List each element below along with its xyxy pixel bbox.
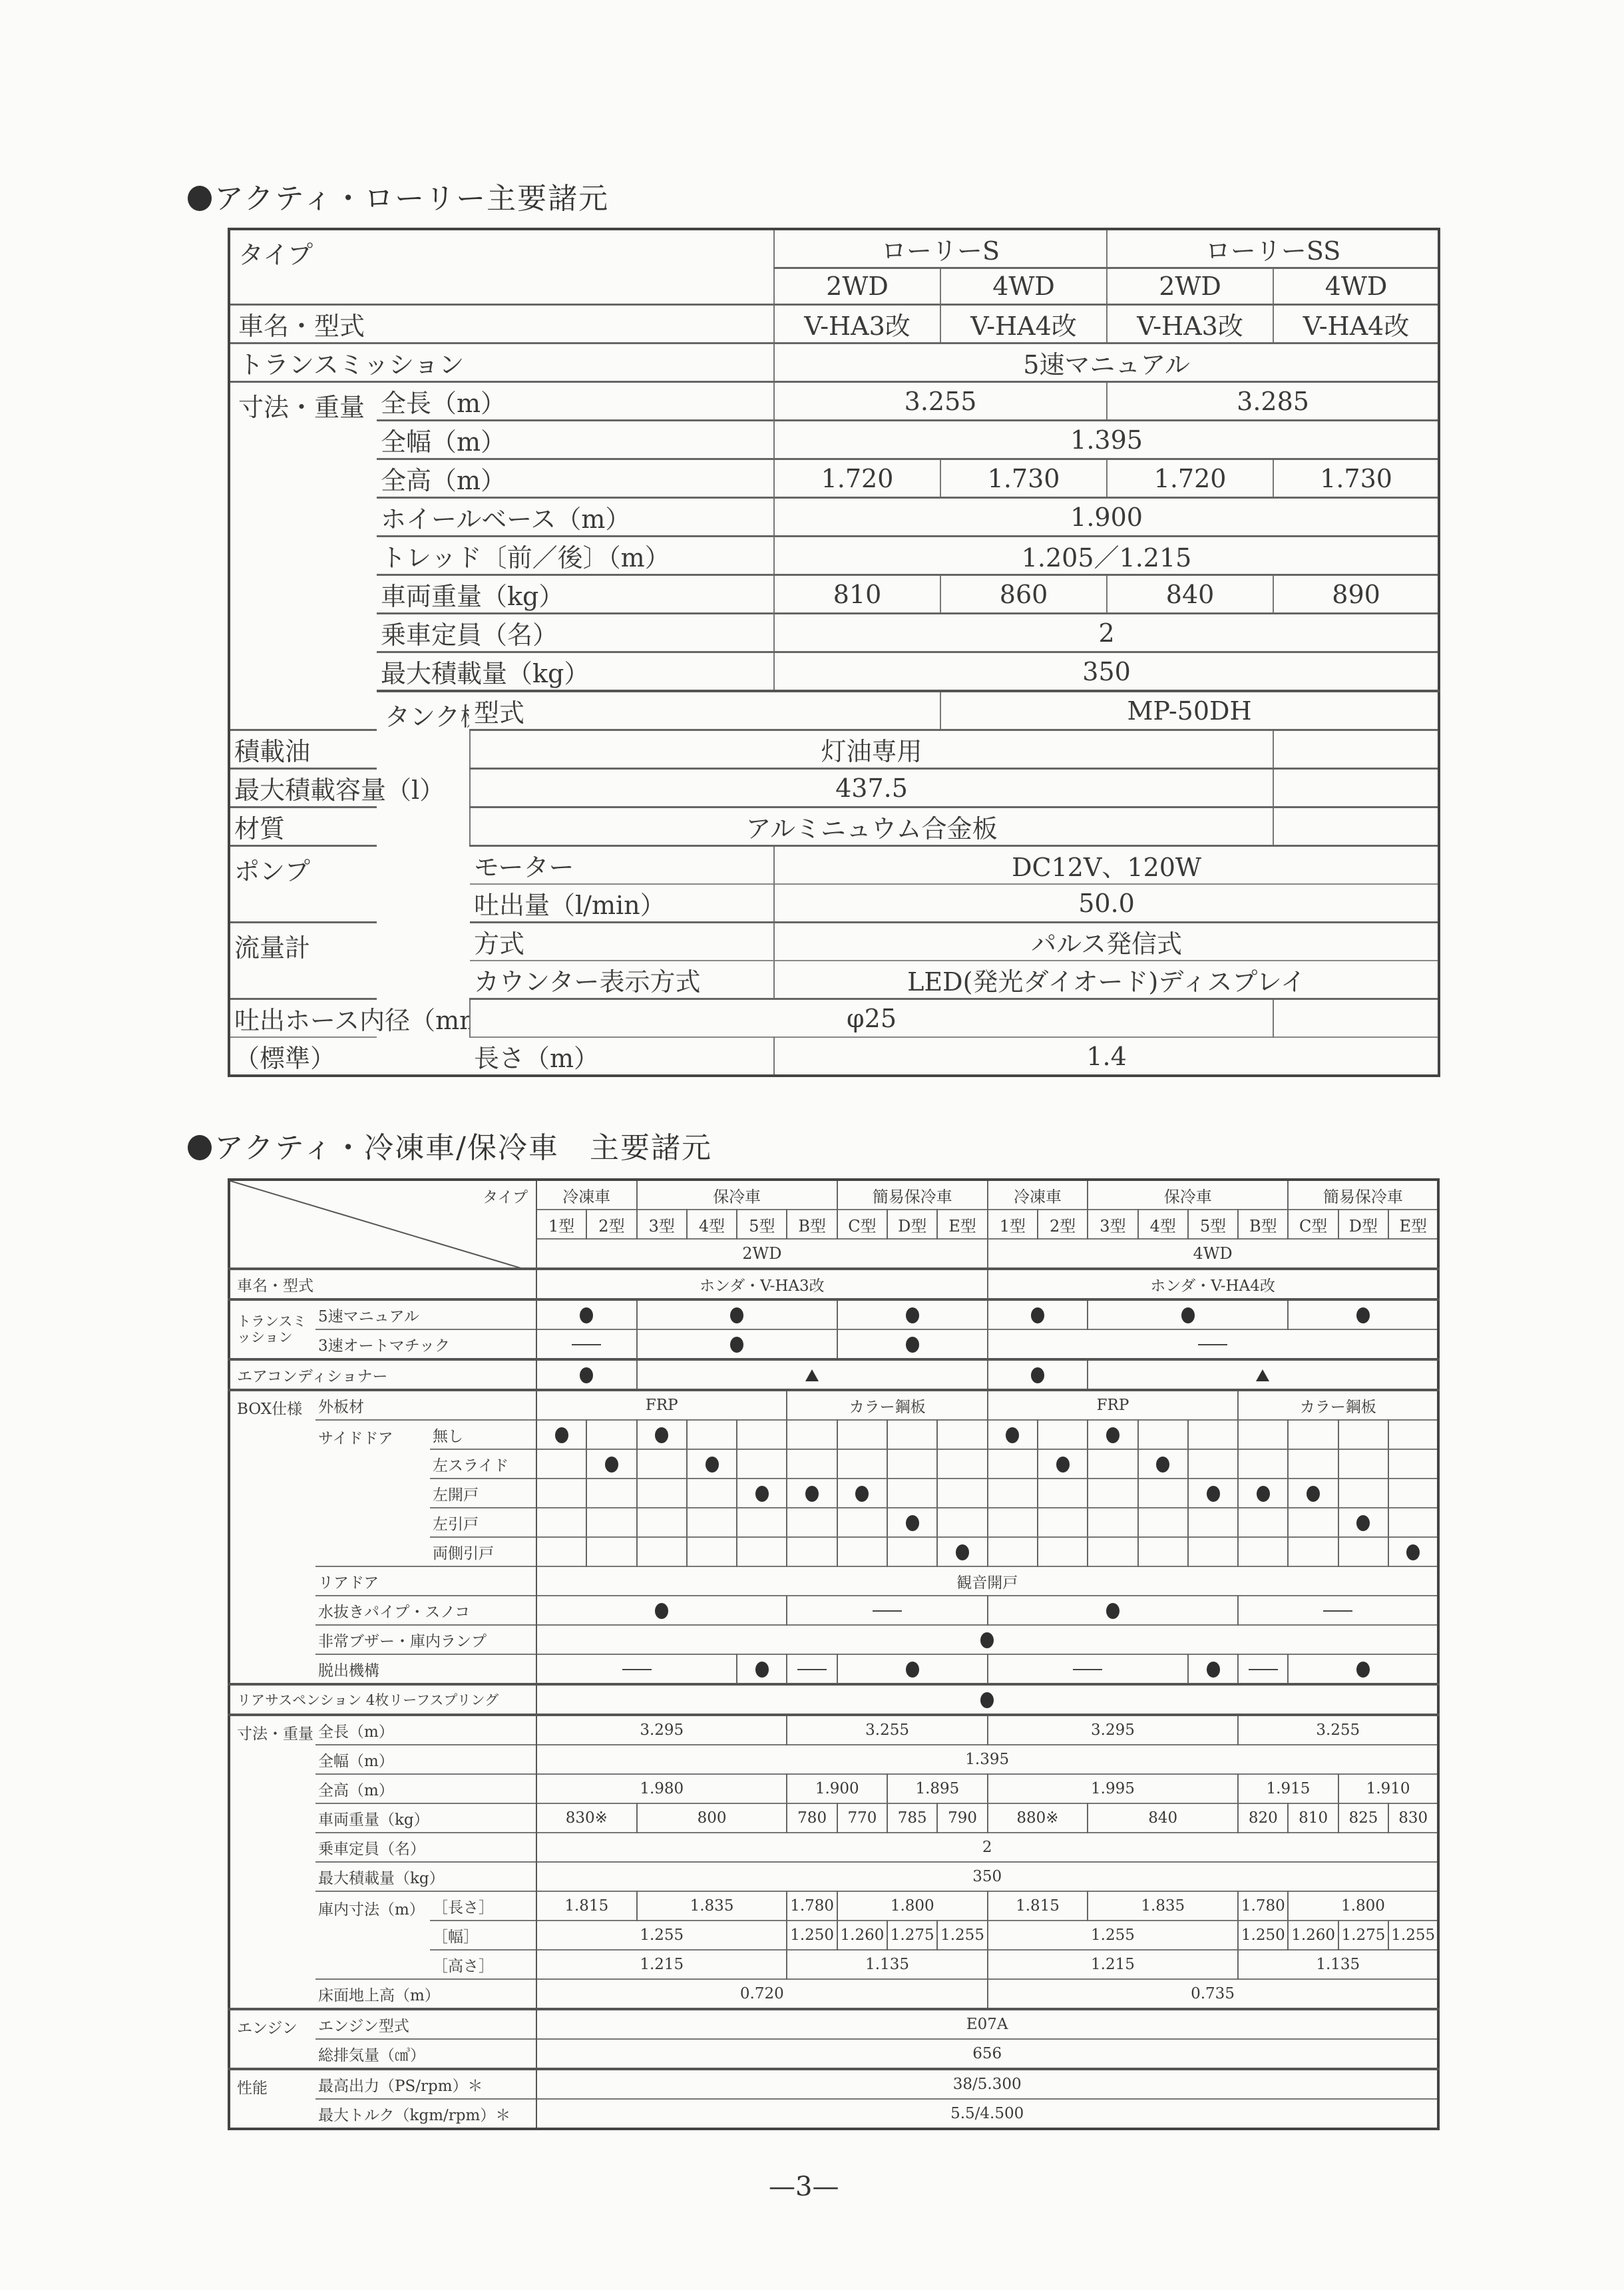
rolly-title-text: アクティ・ローリー主要諸元 bbox=[214, 182, 609, 216]
dash-icon bbox=[1249, 1669, 1278, 1670]
filled-dot-icon bbox=[1181, 1307, 1195, 1323]
tread-value: 1.205／1.215 bbox=[774, 537, 1439, 575]
table-row: 車名・型式 ホンダ・V-HA3改 ホンダ・V-HA4改 bbox=[229, 1269, 1438, 1299]
rolly-spec-table: タイプ ローリーS ローリーSS 2WD 4WD 2WD 4WD 車名・型式 V… bbox=[228, 228, 1440, 1077]
inner-width-cell: 1.260 bbox=[837, 1921, 887, 1950]
filled-dot-icon bbox=[906, 1662, 919, 1678]
outer-cell: FRP bbox=[988, 1390, 1238, 1420]
weight-cell: 840 bbox=[1107, 575, 1273, 614]
suspension-label: リアサスペンション 4枚リーフスプリング bbox=[229, 1684, 536, 1715]
model-cell: V-HA4改 bbox=[1273, 305, 1439, 343]
mark-cell bbox=[787, 1596, 987, 1625]
table-row: 全幅（m） 1.395 bbox=[229, 421, 1439, 459]
filled-dot-icon bbox=[1406, 1544, 1420, 1560]
weight-cell: 780 bbox=[787, 1803, 837, 1833]
length-cell: 3.295 bbox=[536, 1715, 787, 1745]
inner-width-cell: 1.275 bbox=[1338, 1921, 1388, 1950]
filled-dot-icon bbox=[755, 1486, 769, 1502]
category-header: 簡易保冷車 bbox=[837, 1180, 988, 1210]
mark-cell bbox=[536, 1329, 637, 1359]
tank-model-label: 型式 bbox=[470, 691, 940, 730]
height-cell: 1.730 bbox=[1273, 459, 1439, 498]
table-row: 車両重量（kg） 830※ 800 780 770 785 790 880※ 8… bbox=[229, 1803, 1438, 1833]
category-header: 保冷車 bbox=[637, 1180, 837, 1210]
weight-cell: 770 bbox=[837, 1803, 887, 1833]
table-row: タイプ ローリーS ローリーSS bbox=[229, 229, 1439, 268]
drain-label: 水抜きパイプ・スノコ bbox=[315, 1596, 536, 1625]
type-label: タイプ bbox=[483, 1185, 528, 1207]
filled-dot-icon bbox=[956, 1544, 969, 1560]
bullet-icon bbox=[188, 186, 212, 211]
drive-header: 2WD bbox=[536, 1239, 988, 1269]
filled-dot-icon bbox=[1031, 1307, 1044, 1323]
table-row: 脱出機構 bbox=[229, 1654, 1438, 1684]
group-rolly-s: ローリーS bbox=[774, 229, 1107, 268]
table-row: タイプ 冷凍車 保冷車 簡易保冷車 冷凍車 保冷車 簡易保冷車 bbox=[229, 1180, 1438, 1210]
type-header: 3型 bbox=[1088, 1210, 1137, 1239]
model-label: 車名・型式 bbox=[229, 1269, 536, 1299]
power-value: 38/5.300 bbox=[536, 2069, 1438, 2099]
trans-3at-label: 3速オートマチック bbox=[315, 1329, 536, 1359]
power-label: 最高出力（PS/rpm）＊ bbox=[315, 2069, 536, 2099]
maxload-value: 350 bbox=[774, 652, 1439, 692]
volume-value: 437.5 bbox=[470, 769, 1273, 807]
material-value: アルミニュウム合金板 bbox=[470, 807, 1273, 846]
filled-dot-icon bbox=[980, 1692, 994, 1708]
inner-width-cell: 1.250 bbox=[787, 1921, 837, 1950]
table-row: トレッド〔前／後〕（m） 1.205／1.215 bbox=[229, 537, 1439, 575]
weight-cell: 790 bbox=[937, 1803, 987, 1833]
capacity-label: 乗車定員（名） bbox=[377, 614, 774, 652]
filled-dot-icon bbox=[655, 1427, 668, 1443]
model-cell: V-HA3改 bbox=[1107, 305, 1273, 343]
height-cell: 1.915 bbox=[1238, 1774, 1338, 1803]
maxload-value: 350 bbox=[536, 1862, 1438, 1891]
drive-cell: 4WD bbox=[1273, 268, 1439, 305]
filled-dot-icon bbox=[655, 1603, 668, 1619]
box-group-label: BOX仕様 bbox=[229, 1390, 315, 1684]
type-header: 2型 bbox=[1038, 1210, 1088, 1239]
dimension-group-label: 寸法・重量 bbox=[229, 1715, 315, 2009]
table-row: 性能 最高出力（PS/rpm）＊ 38/5.300 bbox=[229, 2069, 1438, 2099]
inner-width-cell: 1.275 bbox=[887, 1921, 937, 1950]
oil-label: 積載油 bbox=[229, 730, 470, 769]
type-header: D型 bbox=[887, 1210, 937, 1239]
filled-dot-icon bbox=[1006, 1427, 1019, 1443]
inner-length-cell: 1.815 bbox=[536, 1891, 637, 1921]
type-header: E型 bbox=[937, 1210, 987, 1239]
type-header: 4型 bbox=[687, 1210, 737, 1239]
inner-length-cell: 1.780 bbox=[787, 1891, 837, 1921]
height-cell: 1.900 bbox=[787, 1774, 887, 1803]
inner-length-cell: 1.835 bbox=[637, 1891, 787, 1921]
filled-dot-icon bbox=[730, 1337, 743, 1353]
table-row: 最大トルク（kgm/rpm）＊ 5.5/4.500 bbox=[229, 2099, 1438, 2129]
type-header: C型 bbox=[837, 1210, 887, 1239]
table-row: 水抜きパイプ・スノコ bbox=[229, 1596, 1438, 1625]
performance-group-label: 性能 bbox=[229, 2069, 315, 2129]
table-row: タンク機構 型式 MP-50DH bbox=[229, 691, 1439, 730]
pump-label: ポンプ bbox=[229, 846, 377, 923]
model-label: 車名・型式 bbox=[229, 305, 774, 343]
mark-cell bbox=[837, 1329, 988, 1359]
height-label: 全高（m） bbox=[377, 459, 774, 498]
weight-cell: 825 bbox=[1338, 1803, 1388, 1833]
transmission-group-label: トランスミッション bbox=[229, 1299, 315, 1359]
table-row: 寸法・重量 全長（m） 3.295 3.255 3.295 3.255 bbox=[229, 1715, 1438, 1745]
hose-std-label: （標準） bbox=[229, 1037, 377, 1076]
hose-length-label: 長さ（m） bbox=[470, 1037, 774, 1076]
category-header: 簡易保冷車 bbox=[1288, 1180, 1438, 1210]
filled-dot-icon bbox=[1356, 1662, 1370, 1678]
filled-dot-icon bbox=[580, 1367, 593, 1383]
sidedoor-label: サイドドア bbox=[315, 1420, 430, 1566]
counter-value: LED(発光ダイオード)ディスプレイ bbox=[774, 961, 1439, 999]
mark-cell bbox=[837, 1299, 988, 1329]
hose-label: 吐出ホース内径（mm） bbox=[229, 999, 470, 1038]
tread-label: トレッド〔前／後〕（m） bbox=[377, 537, 774, 575]
type-header: 1型 bbox=[536, 1210, 586, 1239]
engine-model-value: E07A bbox=[536, 2009, 1438, 2039]
filled-dot-icon bbox=[1207, 1486, 1220, 1502]
motor-value: DC12V、120W bbox=[774, 846, 1439, 885]
counter-label: カウンター表示方式 bbox=[470, 961, 774, 999]
dash-icon bbox=[1073, 1669, 1102, 1670]
group-rolly-ss: ローリーSS bbox=[1107, 229, 1439, 268]
outer-cell: FRP bbox=[536, 1390, 787, 1420]
filled-dot-icon bbox=[1031, 1367, 1044, 1383]
table-row: 最大積載容量（l） 437.5 bbox=[229, 769, 1439, 807]
inner-height-cell: 1.135 bbox=[1238, 1950, 1438, 1979]
table-row: 最大積載量（kg） 350 bbox=[229, 1862, 1438, 1891]
model-cell: V-HA3改 bbox=[774, 305, 940, 343]
inner-length-cell: 1.800 bbox=[1288, 1891, 1438, 1921]
table-row: サイドドア 無し bbox=[229, 1420, 1438, 1449]
table-row: リアドア 観音開戸 bbox=[229, 1566, 1438, 1596]
mark-cell bbox=[988, 1654, 1188, 1684]
maxload-label: 最大積載量（kg） bbox=[377, 652, 774, 692]
filled-dot-icon bbox=[805, 1486, 819, 1502]
inner-length-cell: 1.835 bbox=[1088, 1891, 1238, 1921]
mark-cell bbox=[536, 1625, 1438, 1654]
capacity-value: 2 bbox=[774, 614, 1439, 652]
mark-cell bbox=[1238, 1654, 1288, 1684]
filled-dot-icon bbox=[906, 1307, 919, 1323]
dash-icon bbox=[873, 1610, 902, 1612]
model-cell: V-HA4改 bbox=[940, 305, 1107, 343]
mark-cell bbox=[1288, 1654, 1438, 1684]
drive-cell: 2WD bbox=[1107, 268, 1273, 305]
weight-cell: 890 bbox=[1273, 575, 1439, 614]
aircon-label: エアコンディショナー bbox=[229, 1359, 536, 1390]
type-header: 5型 bbox=[1188, 1210, 1238, 1239]
weight-cell: 860 bbox=[940, 575, 1107, 614]
escape-label: 脱出機構 bbox=[315, 1654, 536, 1684]
mark-cell bbox=[1238, 1596, 1438, 1625]
filled-dot-icon bbox=[730, 1307, 743, 1323]
dash-icon bbox=[1198, 1344, 1227, 1345]
mark-cell bbox=[536, 1359, 637, 1390]
bullet-icon bbox=[188, 1135, 212, 1160]
filled-dot-icon bbox=[1106, 1427, 1119, 1443]
length-cell: 3.285 bbox=[1107, 382, 1439, 421]
table-row: 積載油 灯油専用 bbox=[229, 730, 1439, 769]
table-row: トランスミッション 5速マニュアル bbox=[229, 343, 1439, 382]
floor-height-cell: 0.735 bbox=[988, 1979, 1439, 2009]
width-value: 1.395 bbox=[774, 421, 1439, 459]
hose-length-value: 1.4 bbox=[774, 1037, 1439, 1076]
transmission-label: トランスミッション bbox=[229, 343, 774, 382]
type-header: 2型 bbox=[586, 1210, 636, 1239]
type-header: 4型 bbox=[1138, 1210, 1188, 1239]
table-row: 乗車定員（名） 2 bbox=[229, 1833, 1438, 1862]
meter-label: 流量計 bbox=[229, 923, 377, 999]
reefer-title-text: アクティ・冷凍車/保冷車 主要諸元 bbox=[214, 1131, 712, 1165]
sidedoor-option-label: 無し bbox=[430, 1420, 536, 1449]
table-row: 総排気量（㎤） 656 bbox=[229, 2039, 1438, 2069]
displacement-value: 656 bbox=[536, 2039, 1438, 2069]
drive-header: 4WD bbox=[988, 1239, 1439, 1269]
mark-cell bbox=[637, 1329, 837, 1359]
dimension-group-label: 寸法・重量 bbox=[229, 382, 377, 730]
mark-cell bbox=[1088, 1359, 1438, 1390]
floor-height-label: 床面地上高（m） bbox=[315, 1979, 536, 2009]
type-header: E型 bbox=[1388, 1210, 1438, 1239]
filled-dot-icon bbox=[1257, 1486, 1270, 1502]
filled-dot-icon bbox=[1356, 1307, 1370, 1323]
table-row: 乗車定員（名） 2 bbox=[229, 614, 1439, 652]
mark-cell bbox=[536, 1654, 737, 1684]
volume-label: 最大積載容量（l） bbox=[229, 769, 470, 807]
dash-icon bbox=[797, 1669, 827, 1670]
inner-length-cell: 1.800 bbox=[837, 1891, 988, 1921]
weight-cell: 830 bbox=[1388, 1803, 1438, 1833]
sidedoor-option-label: 左引戸 bbox=[430, 1508, 536, 1537]
motor-label: モーター bbox=[470, 846, 774, 885]
filled-dot-icon bbox=[1207, 1662, 1220, 1678]
table-row: 寸法・重量 全長（m） 3.255 3.285 bbox=[229, 382, 1439, 421]
outer-label: 外板材 bbox=[315, 1390, 536, 1420]
type-header: 5型 bbox=[737, 1210, 787, 1239]
table-row: 最大積載量（kg） 350 bbox=[229, 652, 1439, 692]
triangle-icon bbox=[805, 1369, 819, 1381]
weight-cell: 810 bbox=[774, 575, 940, 614]
category-header: 冷凍車 bbox=[988, 1180, 1088, 1210]
inner-length-cell: 1.780 bbox=[1238, 1891, 1288, 1921]
height-cell: 1.910 bbox=[1338, 1774, 1439, 1803]
dash-icon bbox=[1323, 1610, 1352, 1612]
filled-dot-icon bbox=[855, 1486, 869, 1502]
dash-icon bbox=[622, 1669, 652, 1670]
mark-cell bbox=[787, 1654, 837, 1684]
filled-dot-icon bbox=[1106, 1603, 1119, 1619]
floor-height-cell: 0.720 bbox=[536, 1979, 988, 2009]
table-row: 全高（m） 1.980 1.900 1.895 1.995 1.915 1.91… bbox=[229, 1774, 1438, 1803]
category-header: 保冷車 bbox=[1088, 1180, 1288, 1210]
mark-cell bbox=[988, 1299, 1088, 1329]
filled-dot-icon bbox=[580, 1307, 593, 1323]
table-row: 庫内寸法（m） ［長さ］ 1.815 1.835 1.780 1.800 1.8… bbox=[229, 1891, 1438, 1921]
inner-length-cell: 1.815 bbox=[988, 1891, 1088, 1921]
dash-icon bbox=[572, 1344, 601, 1345]
length-cell: 3.255 bbox=[787, 1715, 987, 1745]
filled-dot-icon bbox=[706, 1457, 719, 1473]
method-label: 方式 bbox=[470, 923, 774, 961]
table-row: エアコンディショナー bbox=[229, 1359, 1438, 1390]
category-header: 冷凍車 bbox=[536, 1180, 637, 1210]
type-header: C型 bbox=[1288, 1210, 1338, 1239]
table-row: 吐出ホース内径（mm） φ25 bbox=[229, 999, 1439, 1038]
type-header: 1型 bbox=[988, 1210, 1038, 1239]
height-cell: 1.895 bbox=[887, 1774, 988, 1803]
mark-cell bbox=[536, 1299, 637, 1329]
inner-width-cell: 1.255 bbox=[988, 1921, 1238, 1950]
weight-cell: 785 bbox=[887, 1803, 937, 1833]
mark-cell bbox=[637, 1299, 837, 1329]
width-value: 1.395 bbox=[536, 1745, 1438, 1774]
weight-cell: 830※ bbox=[536, 1803, 637, 1833]
mark-cell bbox=[1288, 1299, 1438, 1329]
weight-cell: 820 bbox=[1238, 1803, 1288, 1833]
wheelbase-value: 1.900 bbox=[774, 498, 1439, 537]
type-header: B型 bbox=[787, 1210, 837, 1239]
displacement-label: 総排気量（㎤） bbox=[315, 2039, 536, 2069]
capacity-label: 乗車定員（名） bbox=[315, 1833, 536, 1862]
length-cell: 3.255 bbox=[1238, 1715, 1438, 1745]
type-header: D型 bbox=[1338, 1210, 1388, 1239]
filled-dot-icon bbox=[906, 1515, 919, 1531]
table-row: 材質 アルミニュウム合金板 bbox=[229, 807, 1439, 846]
table-row: BOX仕様 外板材 FRP カラー鋼板 FRP カラー鋼板 bbox=[229, 1390, 1438, 1420]
weight-cell: 810 bbox=[1288, 1803, 1338, 1833]
mark-cell bbox=[1188, 1654, 1238, 1684]
height-cell: 1.720 bbox=[774, 459, 940, 498]
inner-width-cell: 1.255 bbox=[536, 1921, 787, 1950]
type-label: タイプ bbox=[229, 229, 774, 305]
outer-cell: カラー鋼板 bbox=[787, 1390, 987, 1420]
drive-cell: 4WD bbox=[940, 268, 1107, 305]
mark-cell bbox=[837, 1654, 988, 1684]
table-row: 3速オートマチック bbox=[229, 1329, 1438, 1359]
table-row: エンジン エンジン型式 E07A bbox=[229, 2009, 1438, 2039]
inner-width-cell: 1.260 bbox=[1288, 1921, 1338, 1950]
length-label: 全長（m） bbox=[315, 1715, 536, 1745]
inner-dim-label: 庫内寸法（m） bbox=[315, 1891, 430, 1979]
inner-width-cell: 1.250 bbox=[1238, 1921, 1288, 1950]
height-cell: 1.995 bbox=[988, 1774, 1238, 1803]
drive-cell: 2WD bbox=[774, 268, 940, 305]
rolly-spec-title: アクティ・ローリー主要諸元 bbox=[188, 174, 609, 217]
length-label: 全長（m） bbox=[377, 382, 774, 421]
method-value: パルス発信式 bbox=[774, 923, 1439, 961]
height-cell: 1.980 bbox=[536, 1774, 787, 1803]
wheelbase-label: ホイールベース（m） bbox=[377, 498, 774, 537]
maxload-label: 最大積載量（kg） bbox=[315, 1862, 536, 1891]
inner-width-cell: 1.255 bbox=[937, 1921, 987, 1950]
weight-label: 車両重量（kg） bbox=[377, 575, 774, 614]
sidedoor-option-label: 左開戸 bbox=[430, 1479, 536, 1508]
filled-dot-icon bbox=[1156, 1457, 1169, 1473]
width-label: 全幅（m） bbox=[377, 421, 774, 459]
material-label: 材質 bbox=[229, 807, 470, 846]
torque-value: 5.5/4.500 bbox=[536, 2099, 1438, 2129]
capacity-value: 2 bbox=[536, 1833, 1438, 1862]
filled-dot-icon bbox=[755, 1662, 769, 1678]
inner-height-cell: 1.135 bbox=[787, 1950, 987, 1979]
reefer-spec-title: アクティ・冷凍車/保冷車 主要諸元 bbox=[188, 1124, 712, 1166]
width-label: 全幅（m） bbox=[315, 1745, 536, 1774]
inner-length-label: ［長さ］ bbox=[430, 1891, 536, 1921]
transmission-value: 5速マニュアル bbox=[774, 343, 1439, 382]
page-number: —3— bbox=[769, 2172, 839, 2202]
weight-label: 車両重量（kg） bbox=[315, 1803, 536, 1833]
table-row: 全幅（m） 1.395 bbox=[229, 1745, 1438, 1774]
length-cell: 3.255 bbox=[774, 382, 1107, 421]
model-cell: ホンダ・V-HA3改 bbox=[536, 1269, 988, 1299]
table-row: 全高（m） 1.720 1.730 1.720 1.730 bbox=[229, 459, 1439, 498]
reardoor-value: 観音開戸 bbox=[536, 1566, 1438, 1596]
table-row: 床面地上高（m） 0.720 0.735 bbox=[229, 1979, 1438, 2009]
reefer-spec-table: タイプ 冷凍車 保冷車 簡易保冷車 冷凍車 保冷車 簡易保冷車 1型 2型 3型… bbox=[228, 1178, 1440, 2130]
inner-height-cell: 1.215 bbox=[536, 1950, 787, 1979]
reardoor-label: リアドア bbox=[315, 1566, 536, 1596]
type-corner-cell: タイプ bbox=[229, 1180, 536, 1269]
sidedoor-option-label: 両側引戸 bbox=[430, 1537, 536, 1566]
mark-cell bbox=[637, 1359, 988, 1390]
filled-dot-icon bbox=[1356, 1515, 1370, 1531]
inner-height-label: ［高さ］ bbox=[430, 1950, 536, 1979]
type-header: B型 bbox=[1238, 1210, 1288, 1239]
buzzer-label: 非常ブザー・庫内ランプ bbox=[315, 1625, 536, 1654]
table-row: 車名・型式 V-HA3改 V-HA4改 V-HA3改 V-HA4改 bbox=[229, 305, 1439, 343]
hose-value: φ25 bbox=[470, 999, 1273, 1038]
length-cell: 3.295 bbox=[988, 1715, 1238, 1745]
filled-dot-icon bbox=[1307, 1486, 1320, 1502]
filled-dot-icon bbox=[1056, 1457, 1070, 1473]
discharge-value: 50.0 bbox=[774, 884, 1439, 923]
height-label: 全高（m） bbox=[315, 1774, 536, 1803]
mark-cell bbox=[988, 1329, 1439, 1359]
weight-cell: 840 bbox=[1088, 1803, 1238, 1833]
mark-cell bbox=[988, 1359, 1088, 1390]
inner-height-cell: 1.215 bbox=[988, 1950, 1238, 1979]
weight-cell: 800 bbox=[637, 1803, 787, 1833]
engine-model-label: エンジン型式 bbox=[315, 2009, 536, 2039]
triangle-icon bbox=[1256, 1369, 1269, 1381]
height-cell: 1.720 bbox=[1107, 459, 1273, 498]
filled-dot-icon bbox=[906, 1337, 919, 1353]
model-cell: ホンダ・V-HA4改 bbox=[988, 1269, 1439, 1299]
sidedoor-option-label: 左スライド bbox=[430, 1449, 536, 1479]
trans-5mt-label: 5速マニュアル bbox=[315, 1299, 536, 1329]
discharge-label: 吐出量（l/min） bbox=[470, 884, 774, 923]
mark-cell bbox=[737, 1654, 787, 1684]
mark-cell bbox=[988, 1596, 1238, 1625]
table-row: トランスミッション 5速マニュアル bbox=[229, 1299, 1438, 1329]
type-header: 3型 bbox=[637, 1210, 687, 1239]
mark-cell bbox=[536, 1684, 1438, 1715]
outer-cell: カラー鋼板 bbox=[1238, 1390, 1438, 1420]
weight-cell: 880※ bbox=[988, 1803, 1088, 1833]
height-cell: 1.730 bbox=[940, 459, 1107, 498]
inner-width-label: ［幅］ bbox=[430, 1921, 536, 1950]
filled-dot-icon bbox=[980, 1632, 994, 1648]
table-row: ホイールベース（m） 1.900 bbox=[229, 498, 1439, 537]
mark-cell bbox=[1088, 1299, 1288, 1329]
torque-label: 最大トルク（kgm/rpm）＊ bbox=[315, 2099, 536, 2129]
inner-width-cell: 1.255 bbox=[1388, 1921, 1438, 1950]
table-row: 車両重量（kg） 810 860 840 890 bbox=[229, 575, 1439, 614]
